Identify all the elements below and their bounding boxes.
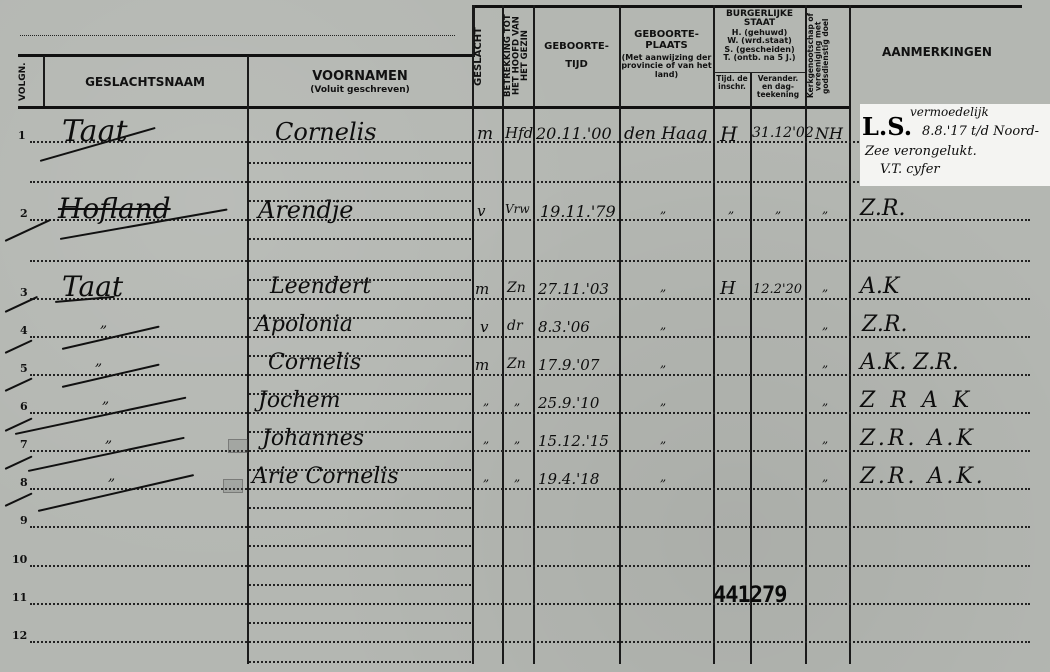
header-bottom-rule — [18, 106, 850, 109]
birthdate-cell: 19.11.'79 — [540, 202, 616, 221]
remarks-cell: Z R A K — [860, 388, 973, 413]
religion-cell: „ — [822, 280, 828, 294]
birthplace-cell: „ — [660, 394, 666, 408]
row-number: 4 — [20, 324, 28, 337]
relation-cell: dr — [507, 318, 523, 334]
surname-cell: „ — [102, 391, 109, 407]
header-birthdate-2: TIJD — [535, 60, 618, 71]
remarks-cell: Z.R. A.K — [860, 426, 976, 451]
faint-mark — [223, 479, 243, 493]
row-number: 2 — [20, 207, 28, 220]
civil-state-cell: H — [720, 122, 737, 146]
remarks-cell: Z.R. A.K. — [860, 464, 986, 489]
relation-cell: Vrw — [505, 202, 530, 216]
row-number: 12 — [12, 629, 27, 642]
given-name-cell: Jochem — [258, 388, 340, 413]
row-number: 1 — [18, 129, 26, 142]
given-name-cell: Leendert — [270, 274, 371, 299]
header-relation: BETREKKING TOT HET HOOFD VAN HET GEZIN — [504, 8, 532, 104]
header-birthdate-1: GEBOORTE- — [535, 42, 618, 53]
religion-cell: „ — [822, 432, 828, 446]
header-sex: GESLACHT — [474, 10, 501, 104]
given-name-cell: Arie Cornelis — [252, 464, 399, 489]
given-name-cell: Apolonia — [255, 312, 353, 337]
relation-cell: Zn — [507, 280, 526, 296]
relation-cell: Hfd — [505, 124, 533, 142]
given-name-cell: Cornelis — [275, 118, 377, 146]
relation-cell: Zn — [507, 356, 526, 372]
remark-note-line3: Zee verongelukt. — [865, 144, 977, 159]
row-number: 6 — [20, 400, 28, 413]
header-civil-t: T. (ontb. na 5 J.) — [714, 54, 805, 62]
header-dotted-line — [20, 35, 455, 36]
header-volgno: VOLGN. — [19, 60, 41, 104]
religion-cell: „ — [822, 470, 828, 484]
relation-cell: „ — [514, 432, 520, 446]
row-number: 7 — [20, 438, 28, 451]
birthdate-cell: 20.11.'00 — [536, 124, 612, 143]
col-line-surname — [247, 56, 249, 664]
birthplace-cell: „ — [660, 432, 666, 446]
change-date-cell: 12.2'20 — [753, 282, 802, 297]
row-number: 9 — [20, 514, 28, 527]
religion-cell: „ — [822, 318, 828, 332]
relation-cell: „ — [514, 394, 520, 408]
religion-cell: „ — [822, 394, 828, 408]
header-given-sub: (Voluit geschreven) — [249, 86, 471, 95]
bs-sub-divider — [714, 72, 805, 73]
faint-mark — [228, 439, 248, 453]
row-number: 11 — [12, 591, 27, 604]
sex-cell: m — [475, 356, 489, 374]
change-date-cell: „ — [775, 202, 781, 216]
civil-state-cell: H — [720, 278, 736, 299]
civil-state-cell: „ — [728, 202, 734, 216]
sex-cell: m — [475, 280, 489, 298]
header-top-rule-right — [472, 5, 1022, 8]
sex-cell: „ — [483, 394, 489, 408]
given-name-cell: Johannes — [262, 426, 364, 451]
religion-cell: „ — [822, 356, 828, 370]
col-line-given — [472, 56, 474, 664]
birthplace-cell: „ — [660, 202, 666, 216]
header-birthplace-2: PLAATS — [621, 41, 712, 52]
birthplace-cell: „ — [660, 470, 666, 484]
remark-note-line2: 8.8.'17 t/d Noord- — [922, 124, 1039, 139]
header-birthplace-1: GEBOORTE- — [621, 30, 712, 41]
religion-cell: NH — [815, 124, 843, 143]
surname-cell: „ — [95, 353, 102, 369]
stamped-number: 441279 — [713, 583, 786, 608]
header-civil-state: BURGERLIJKE STAAT H. (gehuwd) W. (wrd.st… — [714, 10, 805, 62]
given-name-cell: Arendje — [258, 196, 353, 224]
sex-cell: m — [477, 124, 493, 144]
header-remarks: AANMERKINGEN — [852, 46, 1022, 59]
sex-cell: v — [480, 318, 488, 336]
birthdate-cell: 17.9.'07 — [538, 356, 599, 374]
header-given: VOORNAMEN (Voluit geschreven) — [249, 70, 471, 95]
row-number: 3 — [20, 286, 28, 299]
header-top-rule-left — [18, 54, 474, 57]
ls-stamp: L.S. — [862, 112, 912, 141]
header-birthplace: GEBOORTE- PLAATS (Met aanwijzing der pro… — [621, 30, 712, 79]
sex-cell: „ — [483, 470, 489, 484]
remarks-cell: A.K — [860, 274, 899, 299]
header-civil-verander: Verander. en dag-teekening — [752, 75, 804, 99]
col-line-bs-split — [750, 72, 752, 664]
header-birthplace-sub: (Met aanwijzing der provincie of van het… — [621, 54, 712, 79]
header-religion: Kerkgenootschap of vereeniging met godsd… — [807, 8, 848, 104]
header-birthdate: GEBOORTE- TIJD — [535, 42, 618, 70]
header-civil-tijd: Tijd. de inschr. — [715, 75, 749, 91]
change-date-cell: 31.12'02 — [752, 125, 814, 141]
row-number: 5 — [20, 362, 28, 375]
row-number: 8 — [20, 476, 28, 489]
row-number: 10 — [12, 553, 27, 566]
remarks-note-patch: L.S. vermoedelijk 8.8.'17 t/d Noord- Zee… — [860, 104, 1050, 186]
surname-cell: „ — [108, 468, 115, 484]
birthdate-cell: 19.4.'18 — [538, 470, 599, 488]
remark-note-line4: V.T. cyfer — [880, 162, 940, 177]
given-name-cell: Cornelis — [268, 350, 361, 375]
birthdate-cell: 15.12.'15 — [538, 432, 609, 450]
surname-cell: „ — [105, 430, 112, 446]
remarks-cell: Z.R. — [860, 196, 905, 221]
religion-cell: „ — [822, 202, 828, 216]
header-given-title: VOORNAMEN — [249, 70, 471, 84]
birthdate-cell: 8.3.'06 — [538, 318, 590, 336]
relation-cell: „ — [514, 470, 520, 484]
header-surname: GESLACHTSNAAM — [45, 76, 245, 89]
birthplace-cell: „ — [660, 280, 666, 294]
remarks-cell: Z.R. — [862, 312, 907, 337]
sex-cell: „ — [483, 432, 489, 446]
birthdate-cell: 25.9.'10 — [538, 394, 599, 412]
remarks-cell: A.K. Z.R. — [860, 350, 959, 375]
birthplace-cell: den Haag — [624, 124, 707, 144]
birthplace-cell: „ — [660, 356, 666, 370]
surname-cell: „ — [100, 315, 107, 331]
sex-cell: v — [477, 202, 485, 220]
remark-note-line1: vermoedelijk — [910, 105, 989, 119]
birthplace-cell: „ — [660, 318, 666, 332]
surname-cell: Hofland — [58, 192, 171, 225]
birthdate-cell: 27.11.'03 — [538, 280, 609, 298]
